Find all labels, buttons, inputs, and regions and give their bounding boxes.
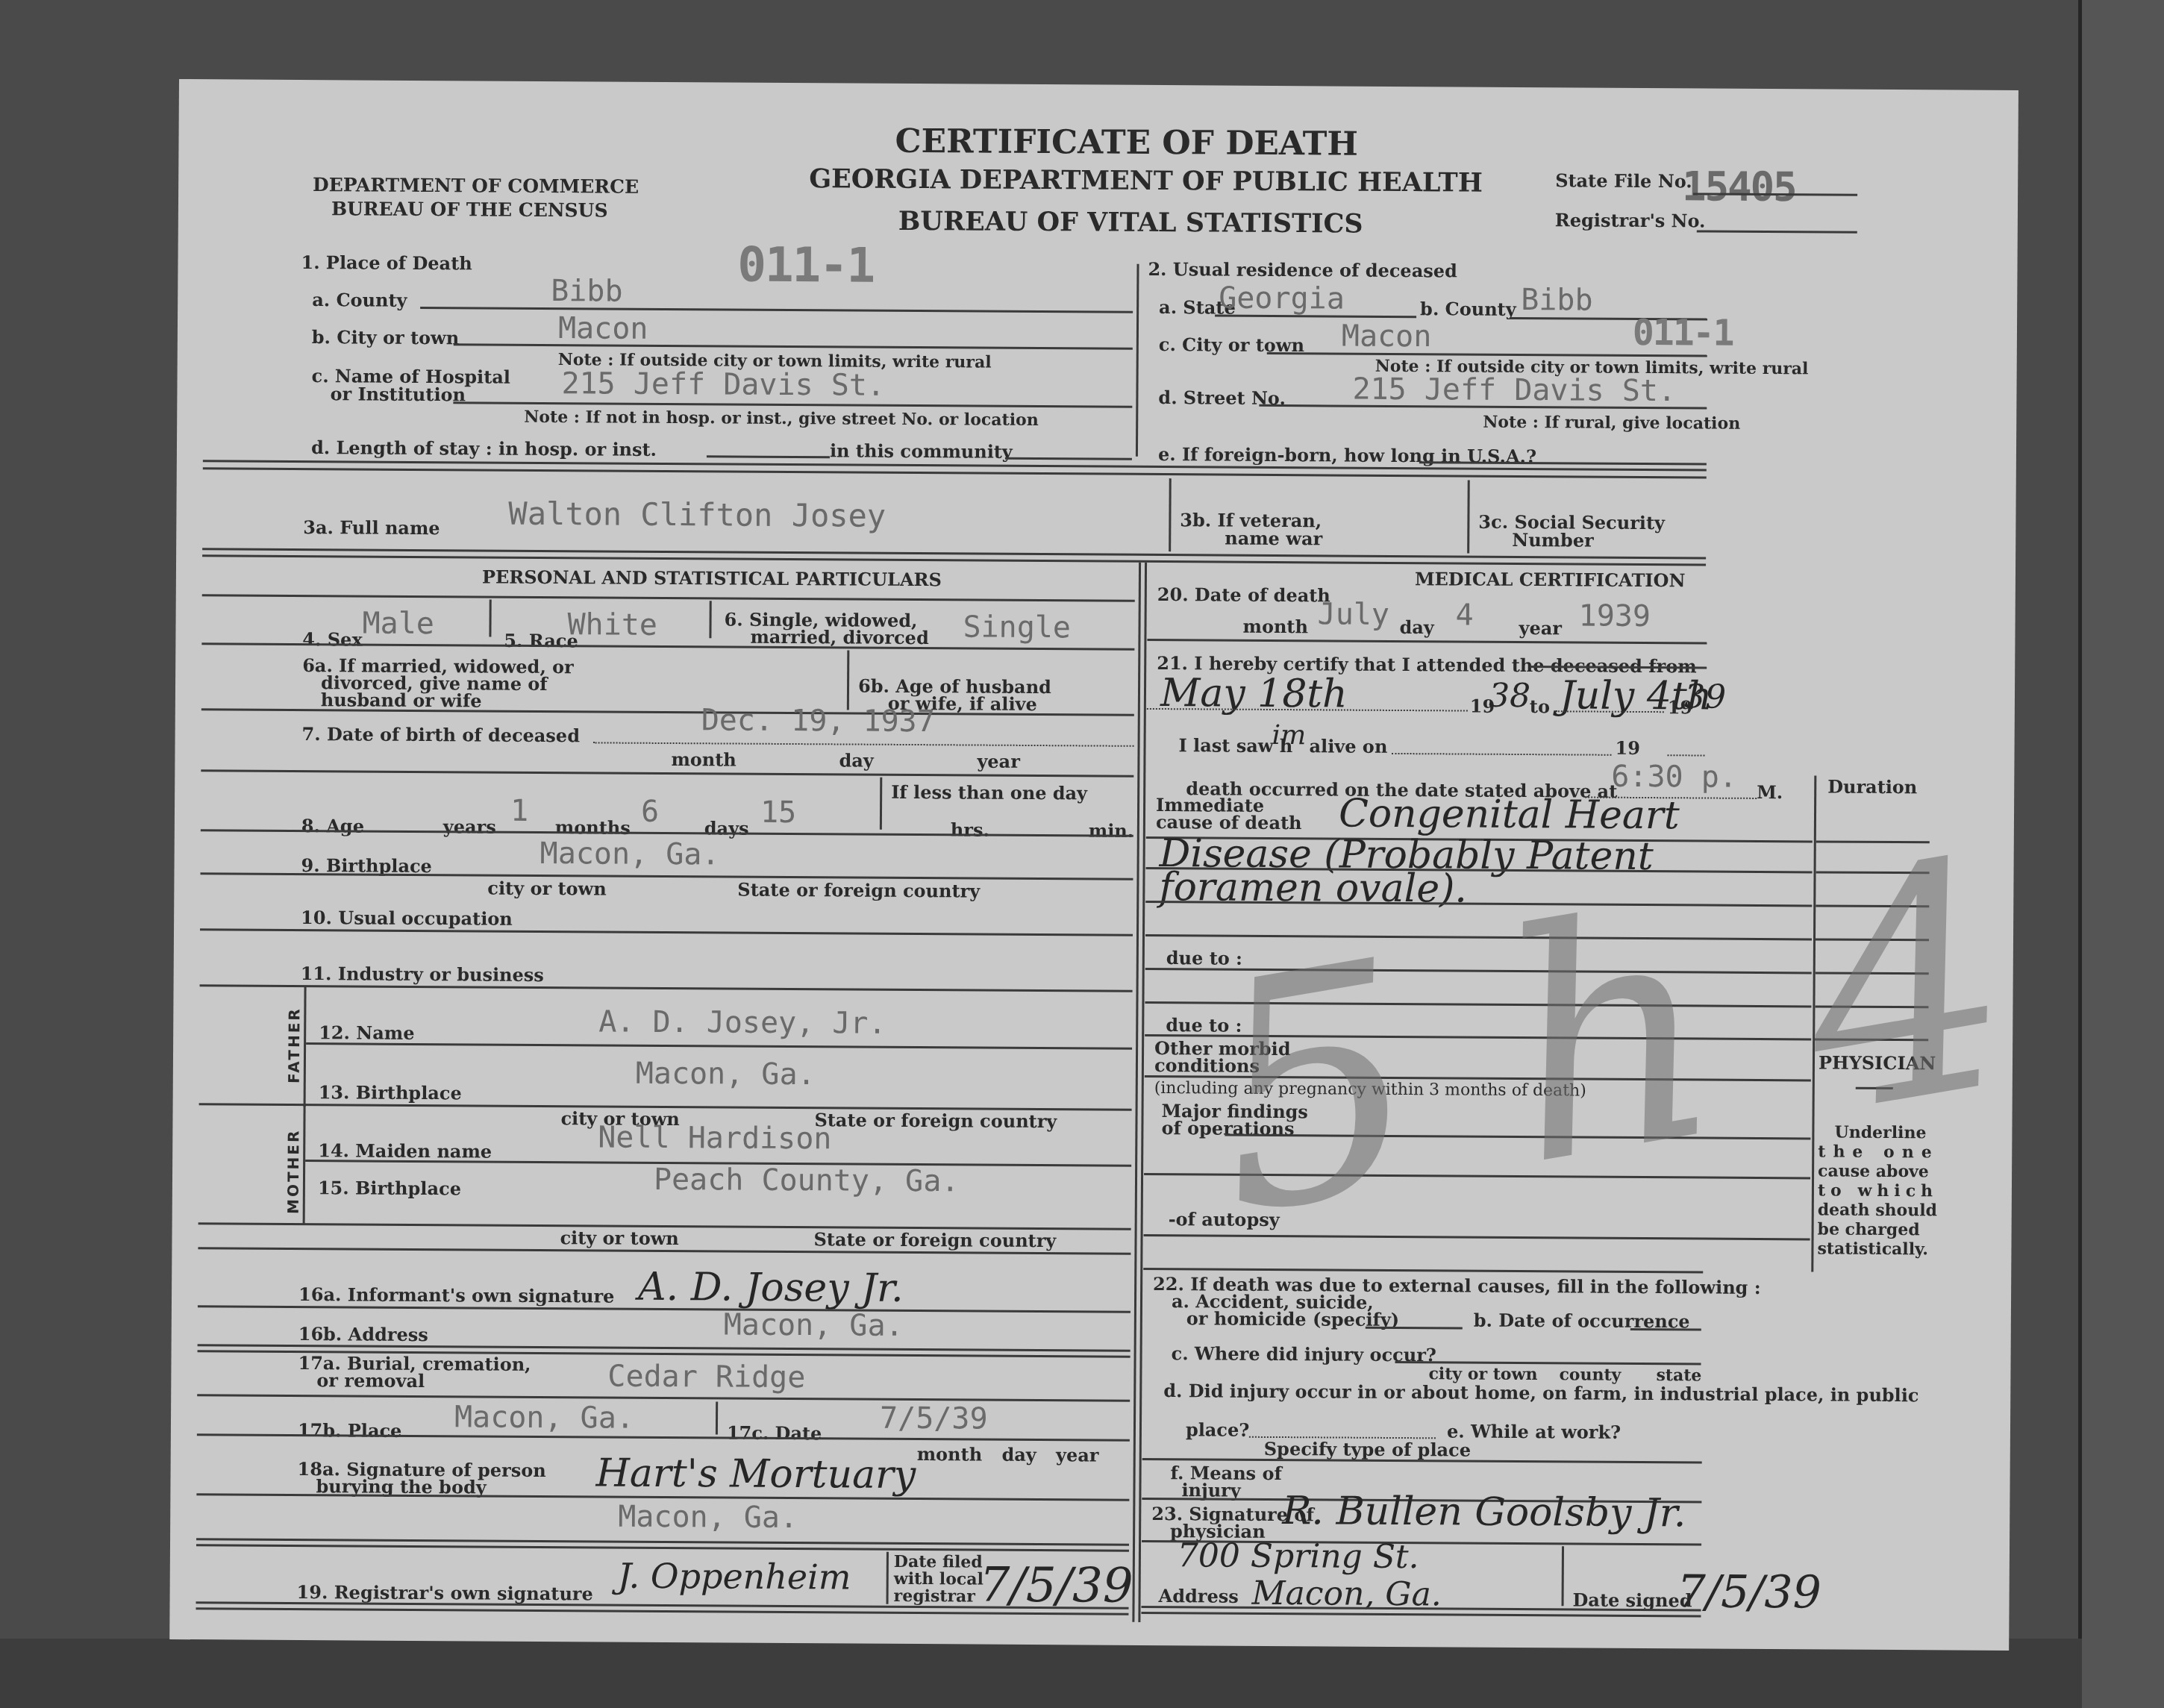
burial-value[interactable]: Cedar Ridge bbox=[607, 1360, 805, 1395]
burial-place-value[interactable]: Macon, Ga. bbox=[454, 1400, 634, 1435]
registrar-sig-label: 19. Registrar's own signature bbox=[297, 1581, 593, 1604]
sex-value[interactable]: Male bbox=[362, 607, 434, 642]
mother-birthplace-label: 15. Birthplace bbox=[318, 1177, 461, 1199]
mother-birthplace-value[interactable]: Peach County, Ga. bbox=[654, 1163, 960, 1199]
full-name-label: 3a. Full name bbox=[303, 516, 440, 539]
sex-label: 4. Sex bbox=[302, 628, 363, 650]
residence-heading: 2. Usual residence of deceased bbox=[1148, 258, 1457, 282]
registrar-no-label: Registrar's No. bbox=[1555, 209, 1706, 231]
dod-year-label: year bbox=[1519, 617, 1562, 639]
death-certificate: DEPARTMENT OF COMMERCE BUREAU OF THE CEN… bbox=[169, 79, 2018, 1651]
min-label: min. bbox=[1089, 819, 1134, 841]
bureau-census: BUREAU OF THE CENSUS bbox=[331, 198, 608, 221]
city-value[interactable]: Macon bbox=[558, 311, 648, 346]
res-street-note: Note : If rural, give location bbox=[1483, 413, 1740, 434]
mother-state-caption: State or foreign country bbox=[813, 1228, 1056, 1251]
father-birthplace-label: 13. Birthplace bbox=[319, 1081, 462, 1104]
alive-on-label: alive on bbox=[1309, 735, 1387, 757]
medical-heading: MEDICAL CERTIFICATION bbox=[1415, 568, 1686, 591]
personal-heading: PERSONAL AND STATISTICAL PARTICULARS bbox=[482, 566, 942, 590]
father-state-caption: State or foreign country bbox=[814, 1109, 1057, 1132]
burial-date-value[interactable]: 7/5/39 bbox=[880, 1401, 988, 1436]
age-months-label: months bbox=[555, 816, 631, 839]
filed-date[interactable]: 7/5/39 bbox=[979, 1558, 1133, 1614]
marital-value[interactable]: Single bbox=[963, 610, 1071, 645]
res-county-label: b. County bbox=[1420, 298, 1516, 320]
specify-type: Specify type of place bbox=[1264, 1438, 1471, 1461]
death-time-value[interactable]: 6:30 p. bbox=[1611, 760, 1737, 795]
age-days[interactable]: 15 bbox=[760, 795, 796, 830]
occupation-label: 10. Usual occupation bbox=[301, 907, 513, 930]
informant-signature[interactable]: A. D. Josey Jr. bbox=[638, 1265, 904, 1311]
res-county-value[interactable]: Bibb bbox=[1521, 283, 1593, 318]
hospital-note: Note : If not in hosp. or inst., give st… bbox=[524, 407, 1039, 430]
physician-address-line-1[interactable]: 700 Spring St. bbox=[1178, 1536, 1419, 1576]
age-label: 8. Age bbox=[301, 815, 364, 837]
stay-community-label: in this community bbox=[830, 439, 1013, 462]
hospital-label-2: or Institution bbox=[330, 383, 466, 405]
last-saw-year-prefix: 19 bbox=[1615, 737, 1640, 759]
informant-sig-label: 16a. Informant's own signature bbox=[298, 1283, 615, 1307]
spouse-label-3: husband or wife bbox=[321, 689, 482, 711]
physician-address-label: Address bbox=[1159, 1585, 1239, 1607]
industry-label: 11. Industry or business bbox=[301, 963, 544, 986]
attend-from-year[interactable]: 38 bbox=[1489, 677, 1530, 715]
place-code-stamp: 011-1 bbox=[737, 238, 874, 294]
full-name-value[interactable]: Walton Clifton Josey bbox=[508, 495, 886, 534]
mother-maiden-value[interactable]: Nell Hardison bbox=[598, 1120, 831, 1156]
bureau-vital-stats: BUREAU OF VITAL STATISTICS bbox=[898, 206, 1363, 240]
place-of-death-heading: 1. Place of Death bbox=[301, 251, 472, 274]
birthplace-state-caption: State or foreign country bbox=[737, 879, 980, 902]
m-label: M. bbox=[1757, 781, 1783, 803]
dod-label: 20. Date of death bbox=[1157, 584, 1330, 606]
mother-maiden-label: 14. Maiden name bbox=[318, 1139, 492, 1162]
dob-year: year bbox=[977, 751, 1020, 772]
res-city-value[interactable]: Macon bbox=[1342, 319, 1432, 354]
hrs-label: hrs. bbox=[951, 819, 989, 840]
father-side-label: FATHER bbox=[285, 1007, 304, 1083]
father-name-value[interactable]: A. D. Josey, Jr. bbox=[598, 1004, 886, 1040]
marital-label-2: married, divorced bbox=[750, 626, 928, 648]
to-label: to bbox=[1530, 695, 1550, 717]
city-label: b. City or town bbox=[312, 326, 459, 348]
burial-label-2: or removal bbox=[316, 1369, 425, 1392]
dod-day[interactable]: 4 bbox=[1456, 598, 1474, 632]
birthplace-city-caption: city or town bbox=[487, 878, 607, 900]
undertaker-signature[interactable]: Hart's Mortuary bbox=[595, 1451, 916, 1498]
burial-date-label: 17c. Date bbox=[727, 1422, 822, 1445]
father-birthplace-value[interactable]: Macon, Ga. bbox=[636, 1057, 816, 1092]
mother-city-caption: city or town bbox=[560, 1227, 679, 1249]
state-file-number: 15405 bbox=[1682, 163, 1796, 210]
home-label-2: place? bbox=[1186, 1418, 1250, 1441]
stay-label: d. Length of stay : in hosp. or inst. bbox=[311, 437, 657, 460]
res-state-value[interactable]: Georgia bbox=[1219, 281, 1345, 316]
dob-label: 7. Date of birth of deceased bbox=[302, 723, 581, 746]
informant-address-value[interactable]: Macon, Ga. bbox=[724, 1307, 904, 1342]
immediate-label-2: cause of death bbox=[1156, 811, 1302, 833]
cause-line-1[interactable]: Congenital Heart bbox=[1339, 792, 1680, 839]
filed-label-3: registrar bbox=[894, 1586, 975, 1607]
burial-mdy-caption: month day year bbox=[917, 1443, 1099, 1465]
burial-place-label: 17b. Place bbox=[298, 1419, 402, 1442]
less-day-label: If less than one day bbox=[891, 781, 1087, 804]
dept-public-health: GEORGIA DEPARTMENT OF PUBLIC HEALTH bbox=[809, 163, 1483, 198]
center-divider-upper bbox=[1136, 264, 1139, 457]
scanner-background-right bbox=[2082, 0, 2164, 1708]
race-value[interactable]: White bbox=[567, 607, 657, 642]
home-label-1: d. Did injury occur in or about home, on… bbox=[1163, 1380, 1918, 1406]
physician-signature[interactable]: R. Bullen Goolsby Jr. bbox=[1282, 1489, 1686, 1536]
dept-commerce: DEPARTMENT OF COMMERCE bbox=[313, 174, 639, 198]
residence-code-stamp: 011-1 bbox=[1633, 312, 1733, 354]
res-street-value[interactable]: 215 Jeff Davis St. bbox=[1352, 372, 1676, 409]
dob-month: month bbox=[671, 748, 737, 771]
registrar-signature[interactable]: J. Oppenheim bbox=[618, 1556, 851, 1598]
dod-month-label: month bbox=[1242, 616, 1308, 638]
dod-day-label: day bbox=[1399, 616, 1433, 638]
dod-month[interactable]: July bbox=[1318, 597, 1390, 632]
age-days-label: days bbox=[704, 817, 749, 839]
at-work-label: e. While at work? bbox=[1447, 1420, 1621, 1442]
undertaker-address[interactable]: Macon, Ga. bbox=[618, 1500, 798, 1535]
dod-year[interactable]: 1939 bbox=[1578, 598, 1651, 634]
age-years-label: years bbox=[443, 816, 496, 837]
ssn-label-2: Number bbox=[1512, 529, 1594, 551]
age-months[interactable]: 6 bbox=[641, 795, 659, 829]
dob-value[interactable]: Dec. 19, 1937 bbox=[701, 703, 935, 739]
mother-side-label: MOTHER bbox=[284, 1129, 303, 1215]
state-file-label: State File No. bbox=[1555, 169, 1692, 192]
veteran-label-2: name war bbox=[1225, 528, 1322, 550]
birthplace-value[interactable]: Macon, Ga. bbox=[540, 836, 720, 872]
duration-label: Duration bbox=[1827, 776, 1917, 798]
dob-day: day bbox=[839, 749, 873, 771]
attend-to-year[interactable]: 39 bbox=[1684, 678, 1726, 716]
informant-address-label: 16b. Address bbox=[298, 1323, 428, 1345]
last-saw-pronoun[interactable]: im bbox=[1272, 720, 1307, 751]
father-name-label: 12. Name bbox=[319, 1022, 414, 1044]
hospital-value[interactable]: 215 Jeff Davis St. bbox=[561, 366, 885, 403]
county-label: a. County bbox=[312, 289, 407, 311]
county-value[interactable]: Bibb bbox=[551, 274, 623, 309]
certificate-title: CERTIFICATE OF DEATH bbox=[895, 122, 1358, 163]
age-years[interactable]: 1 bbox=[510, 794, 528, 828]
